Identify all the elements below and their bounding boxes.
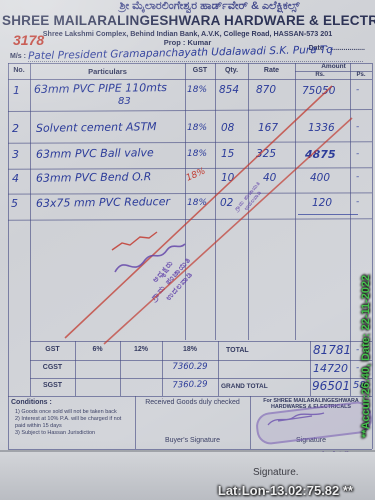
col-rs: Rs. <box>300 72 340 78</box>
row-amount: 1336 <box>308 122 335 134</box>
row-no: 4 <box>12 172 19 185</box>
row-qty: 10 <box>221 172 234 184</box>
tax-amount-value: 14720 <box>313 362 348 375</box>
row-gst: 18% <box>187 198 207 208</box>
row-qty: 15 <box>221 148 234 160</box>
total-value: 81781 <box>313 343 351 357</box>
shop-name-kannada: ಶ್ರೀ ಮೈಲಾರಲಿಂಗೇಶ್ವರ ಹಾರ್ಡ್‌ವೇರ್ & ಎಲೆಕ್ಟ… <box>48 0 371 13</box>
row-amount: 120 <box>312 197 332 209</box>
col-qty: Qty. <box>215 67 248 74</box>
sgst-value: 7360.29 <box>162 379 218 391</box>
row-ps: - <box>356 122 359 132</box>
row-amount: 75050 <box>302 85 335 97</box>
row-rate: 870 <box>256 84 276 96</box>
row-rate: 325 <box>256 148 276 160</box>
gps-side-watermark: **Accur:26.40, Date: 22-11-2022 <box>360 98 372 438</box>
row-rate: 167 <box>258 122 278 134</box>
total-label: TOTAL <box>226 347 249 354</box>
col-gst: GST <box>185 67 215 74</box>
row-ps: - <box>356 172 359 182</box>
red-scribble <box>112 232 157 250</box>
col-rate: Rate <box>248 67 295 74</box>
received-goods-label: Received Goods duly checked <box>135 399 250 406</box>
bill-number: 3178 <box>13 32 44 48</box>
row-no: 1 <box>13 84 20 97</box>
col-particulars: Particulars <box>30 67 185 76</box>
shop-name: SHREE MAILARALINGESHWARA HARDWARE & ELEC… <box>2 13 373 28</box>
sgst-label: SGST <box>30 382 75 389</box>
row-particulars: Solvent cement ASTM <box>36 120 157 135</box>
condition-2: 2) Interest at 10% P.A. will be charged … <box>15 416 133 429</box>
col-ps: Ps. <box>350 72 372 78</box>
row-particulars-2: 83 <box>118 96 131 107</box>
row-gst: 18% <box>187 149 207 159</box>
row-gst: 18% <box>187 85 207 95</box>
row-qty: 854 <box>219 84 239 96</box>
row-particulars: 63mm PVC Bend O.R <box>36 170 152 185</box>
tax-gst-label: GST <box>30 346 75 353</box>
tax-18: 18% <box>162 346 218 353</box>
tax-6: 6% <box>75 346 120 353</box>
row-no: 2 <box>12 122 19 135</box>
col-amount: Amount <box>295 63 372 70</box>
row-particulars: 63x75 mm PVC Reducer <box>36 195 170 210</box>
tax-amount-ps: - <box>356 363 359 373</box>
customer-underline <box>28 61 363 62</box>
shop-address: Shree Lakshmi Complex, Behind Indian Ban… <box>0 29 375 38</box>
row-ps: - <box>356 85 359 95</box>
row-qty: 08 <box>221 122 234 134</box>
condition-3: 3) Subject to Hassan Jurisdiction <box>15 430 133 436</box>
gps-latlon-watermark: Lat:Lon-13.02:75.82 ** <box>218 483 353 498</box>
tax-12: 12% <box>120 346 162 353</box>
col-no: No. <box>8 67 30 74</box>
cgst-label: CGST <box>30 364 75 371</box>
ms-label: M/s : <box>10 53 26 60</box>
grand-total-value: 96501 <box>312 379 350 393</box>
row-ps: - <box>356 149 359 159</box>
row-amount: 4875 <box>305 148 336 161</box>
buyer-signature-label: Buyer's Signature <box>135 437 250 444</box>
invoice-photo: ಶ್ರೀ ಮೈಲಾರಲಿಂಗೇಶ್ವರ ಹಾರ್ಡ್‌ವೇರ್ & ಎಲೆಕ್ಟ… <box>0 0 375 500</box>
row-particulars: 63mm PVC Ball valve <box>36 146 154 161</box>
stamp-line: ಅಧ್ಯಕ್ಷರು <box>109 212 218 331</box>
signature-caption-2: Signature. <box>253 467 299 478</box>
row-no: 5 <box>11 197 18 210</box>
total-ps: - <box>356 345 359 355</box>
row-no: 3 <box>12 148 19 161</box>
condition-1: 1) Goods once sold will not be taken bac… <box>15 409 133 415</box>
cgst-value: 7360.29 <box>162 362 218 372</box>
row-amount: 400 <box>310 172 330 184</box>
stamp-line: ಗ್ರಾಮ ಪಂಚಾಯಿತಿ <box>117 219 226 338</box>
row-particulars: 63mm PVC PIPE 110mts <box>34 81 167 96</box>
conditions-title: Conditions : <box>11 399 52 406</box>
amount-underline <box>298 214 358 215</box>
row-gst: 18% <box>187 123 207 133</box>
row-qty: 02 <box>220 197 233 209</box>
row-ps: - <box>356 197 359 207</box>
grand-total-label: GRAND TOTAL <box>221 383 268 390</box>
